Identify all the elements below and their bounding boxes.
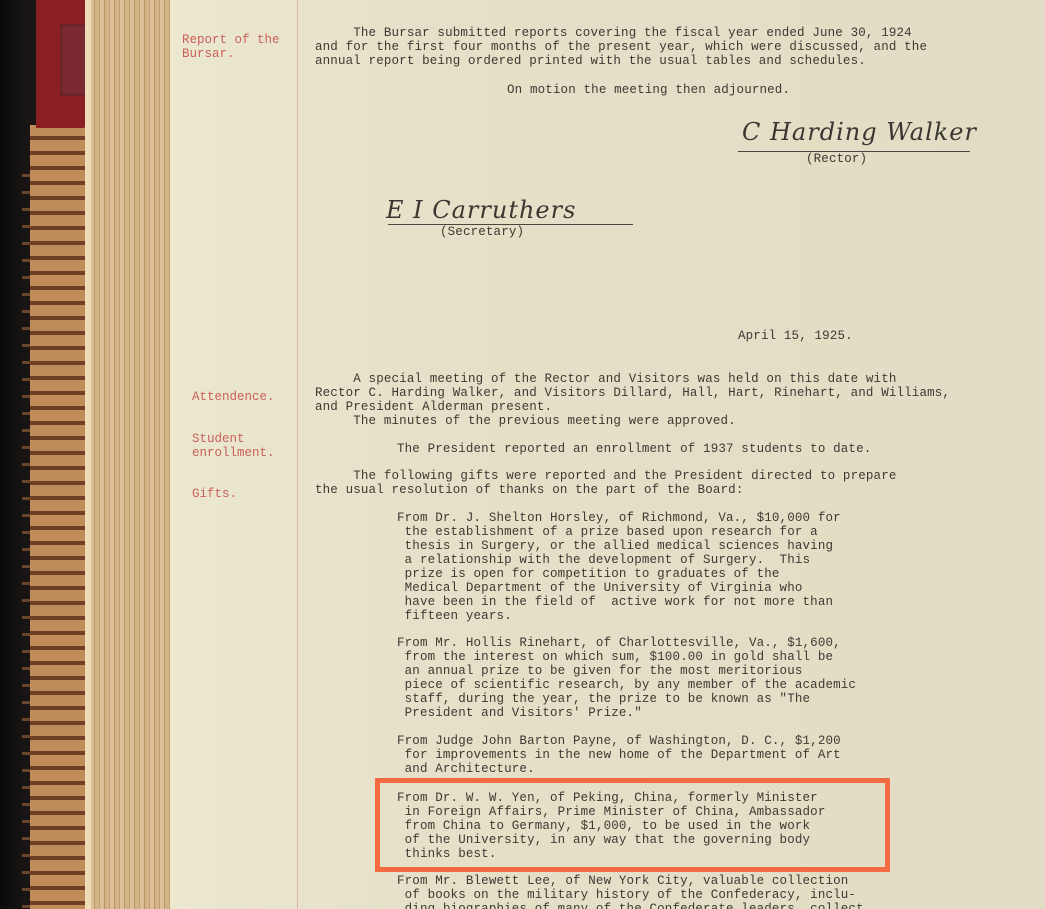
adjourned-line: On motion the meeting then adjourned. [507,83,790,97]
gift-rinehart: From Mr. Hollis Rinehart, of Charlottesv… [397,636,856,720]
bursar-report-paragraph: The Bursar submitted reports covering th… [315,26,927,68]
gift-payne: From Judge John Barton Payne, of Washing… [397,734,841,776]
page-edge-highlight [85,0,91,909]
rector-label: (Rector) [806,152,867,166]
secretary-signature: E I Carruthers [386,196,576,224]
gift-lee: From Mr. Blewett Lee, of New York City, … [397,874,864,909]
margin-note-attendance: Attendence. [192,390,275,404]
book-spine [30,125,85,909]
rector-signature: C Harding Walker [742,118,977,146]
page-edges [85,0,170,909]
margin-rule [297,0,298,909]
highlight-box-yen-gift [375,778,890,872]
meeting-date: April 15, 1925. [738,329,853,343]
attendance-paragraph: A special meeting of the Rector and Visi… [315,372,950,428]
margin-note-bursar: Report of the Bursar. [182,33,280,61]
secretary-label: (Secretary) [440,225,524,239]
enrollment-paragraph: The President reported an enrollment of … [397,442,871,456]
margin-note-gifts: Gifts. [192,487,237,501]
gifts-intro-paragraph: The following gifts were reported and th… [315,469,897,497]
gift-horsley: From Dr. J. Shelton Horsley, of Richmond… [397,511,841,623]
margin-note-enrollment: Student enrollment. [192,432,275,460]
